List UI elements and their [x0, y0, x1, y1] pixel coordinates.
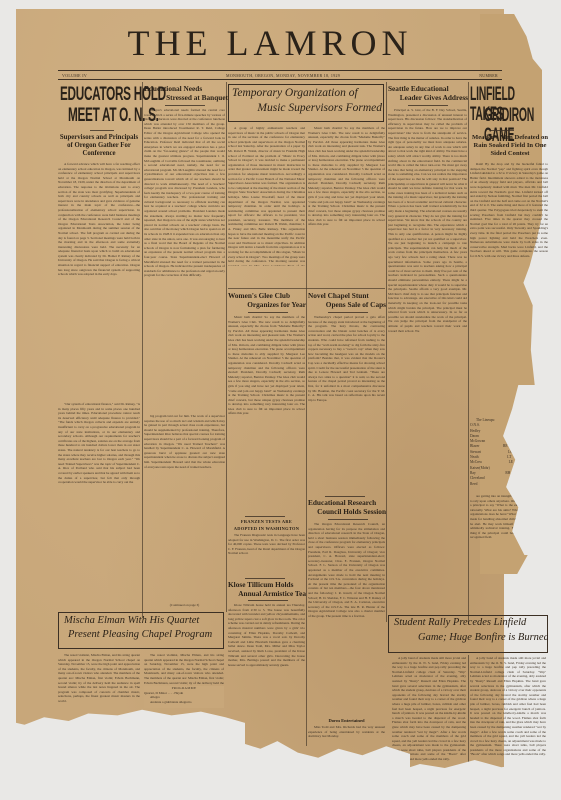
headline-research-line2: Council Holds Session	[316, 507, 386, 517]
article-body-dorm: Miss Todd and Mrs. Richards had the very…	[308, 725, 385, 745]
divider	[325, 496, 365, 497]
article-body-rally-cont: A jolly band of students made still more…	[470, 656, 546, 766]
headline-tillicum-line2: Annual Armistice Tea	[238, 589, 306, 599]
place-date: MONMOUTH, OREGON, MONDAY, NOVEMBER 18, 1…	[226, 73, 340, 78]
headline-banquet-line2: Stressed at Banquet	[158, 93, 228, 103]
article-body-glee: Music hath charms! So say the members of…	[228, 315, 305, 510]
headline-chapel-line2: Opens Sale of Caps	[318, 300, 386, 310]
article-body-research: The Oregon Educational Research Council,…	[308, 522, 385, 722]
subhead-dorm: Dorm Entertained	[308, 718, 385, 724]
headline-music-line1: Temporary Organization of	[232, 86, 382, 100]
headline-music-line2: Music Supervisors Formed	[232, 101, 382, 115]
article-body-educators: A forward advance which will have a far …	[58, 162, 140, 402]
divider	[328, 312, 368, 313]
continued-note: (Continued on page 3)	[144, 603, 225, 609]
article-body-seattle: Principal A. S. Gist, of the B. F. Day S…	[388, 108, 467, 620]
torn-paper-area	[395, 760, 561, 800]
article-body-chapel: Wednesday's chapel period proved a gala …	[308, 315, 385, 495]
section-rule	[228, 288, 385, 289]
article-body-tillicum: Klose Tillicum house held its annual tea…	[228, 603, 305, 738]
divider	[248, 600, 288, 601]
column-rule	[468, 655, 469, 765]
article-body-franzen: The Franzen Diagnostic tests in Language…	[228, 533, 305, 575]
divider	[408, 105, 448, 106]
headline-mischa-line1: Mischa Elman With His Quartet	[64, 614, 224, 628]
subhead-linfield: Meader's Men Defeated on Rain Soaked Fie…	[470, 134, 550, 159]
column-rule	[386, 82, 387, 622]
divider	[328, 519, 368, 520]
dateline: VOLUME IV MONMOUTH, OREGON, MONDAY, NOVE…	[58, 70, 502, 80]
divider	[245, 516, 285, 517]
number-label: NUMBER	[479, 73, 498, 78]
column-rule	[142, 204, 143, 618]
headline-rally-line1: Student Rally Precedes Linfield	[394, 616, 548, 630]
article-body-mischa: The noted violinist, Mischa Elman, and h…	[58, 653, 140, 709]
article-body-educators-cont: "Our system of educational finance," sai…	[58, 402, 140, 602]
headline-mischa-line2: Present Pleasing Chapel Program	[68, 628, 224, 642]
divider	[490, 130, 514, 131]
headline-franzen-line1: FRANZEN TESTS ARE	[228, 519, 305, 525]
headline-seattle-line2: Leader Gives Address	[392, 93, 468, 103]
article-body-banquet: Oregon's educational needs formed the ce…	[144, 108, 225, 412]
divider	[165, 105, 205, 106]
headline-franzen-line2: ADOPTED IN WASHINGTON	[228, 526, 305, 532]
subhead-educators: Supervisors and Principals of Oregon Gat…	[58, 134, 140, 159]
article-body-music-col2: Music hath charms! So say the members of…	[308, 126, 385, 266]
divider	[248, 312, 288, 313]
volume-label: VOLUME IV	[62, 73, 87, 78]
headline-rally-line2: Game; Huge Bonfire is Burned	[418, 631, 548, 645]
divider	[90, 130, 114, 131]
column-rule	[306, 140, 307, 746]
mischa-programme: PROGRAMME Quartet, D Minor . . . . Haydn…	[144, 686, 224, 708]
column-rule	[226, 82, 227, 612]
column-rule	[468, 82, 469, 622]
divider	[245, 578, 285, 579]
headline-glee-line2: Organizes for Year	[240, 300, 306, 310]
article-body-music-col1: A group of highly enthusiastic teachers …	[228, 126, 305, 266]
article-body-banquet-cont: big program laid out for him. The work o…	[144, 414, 225, 602]
masthead-title: THE LAMRON	[60, 22, 480, 64]
